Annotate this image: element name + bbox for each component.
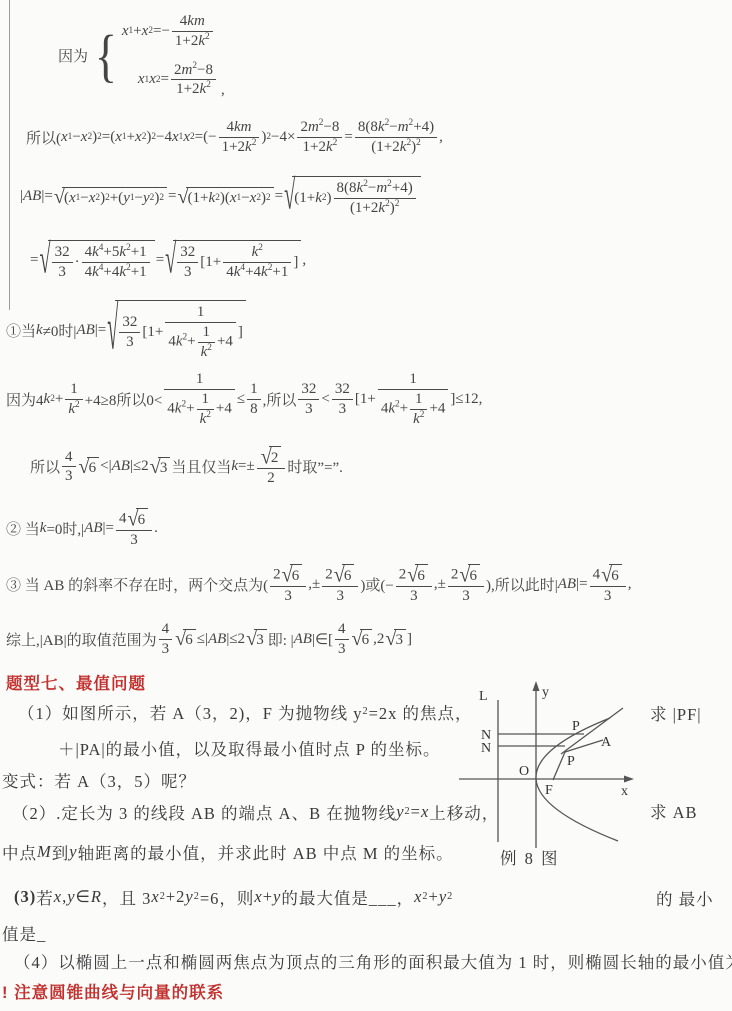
scan-edge-line — [9, 0, 10, 310]
formula-line-3: |AB|=√(x1−x2)2+(y1−y2)2=√(1+k2)(x1−x2)2=… — [20, 176, 422, 218]
label-O: O — [519, 764, 529, 779]
label-x: x — [621, 784, 628, 799]
problem-3-wrap: 的 最小 — [656, 886, 714, 910]
x-axis-arrow — [624, 776, 634, 783]
line-through-P — [561, 708, 623, 754]
label-P-upper: P — [572, 719, 580, 734]
label-L: L — [479, 689, 488, 704]
note-heading: ! 注意圆锥曲线与向量的联系 — [2, 979, 224, 1003]
problem-3-line-2: 值是_ — [2, 921, 46, 945]
formula-line-4: =√323·4k4+5k2+14k4+4k2+1=√323[1+k24k4+4k… — [30, 240, 306, 282]
problem-2-line-1: （2）.定长为 3 的线段 AB 的端点 A、B 在抛物线 y2 = x 上移动… — [12, 800, 499, 824]
label-y: y — [542, 685, 549, 700]
label-N-lower: N — [481, 741, 491, 756]
example-figure: L y x N N O F P P A — [453, 680, 643, 850]
ask-ab-note: 求 AB — [650, 799, 698, 823]
label-A: A — [601, 735, 612, 750]
label-P-lower: P — [567, 754, 575, 769]
page: 因为{x1+x2=−4km1+2k2x1x2=2m2−81+2k2, 所以(x1… — [0, 0, 732, 1011]
problem-1-line-1: （1）如图所示，若 A（3，2)，F 为抛物线 y2=2x 的焦点， — [18, 700, 473, 724]
formula-line-6: 因为4k2+1k2+4≥8所以0<14k2+1k2+4≤18,所以323<323… — [6, 370, 482, 428]
segment-P-F — [553, 752, 565, 780]
problem-2-line-2: 中点 M 到 y 轴距离的最小值，并求此时 AB 中点 M 的坐标。 — [2, 840, 454, 864]
y-axis-arrow — [533, 681, 540, 691]
figure-caption: 例 8 图 — [500, 845, 560, 869]
formula-line-8: ② 当k=0时,|AB|=4√63. — [6, 508, 158, 550]
formula-line-9: ③ 当 AB 的斜率不存在时，两个交点为(2√63,±2√63)或(−2√63,… — [6, 564, 631, 606]
label-F: F — [545, 783, 553, 798]
variant-line: 变式：若 A（3，5）呢？ — [2, 768, 196, 792]
problem-3-line-1: (3)若 x, y ∈ R，且 3x2+2y2=6，则 x+y 的最大值是___… — [14, 885, 453, 909]
formula-line-10: 综上,|AB|的取值范围为43√6≤|AB|≤2√3即: |AB|∈[43√6,… — [6, 620, 412, 659]
formula-line-7: 所以43√6<|AB|≤2√3当且仅当k=±√22时取”=”. — [30, 446, 343, 488]
formula-line-1: 因为{x1+x2=−4km1+2k2x1x2=2m2−81+2k2, — [58, 12, 225, 99]
section-heading: 题型七、最值问题 — [6, 670, 146, 694]
formula-line-5: ①当k≠0时|AB|=√323[1+14k2+1k2+4] — [6, 300, 247, 361]
ask-pf-note: 求 |PF| — [650, 701, 702, 725]
formula-line-2: 所以(x1−x2)2=(x1+x2)2−4x1x2=(−4km1+2k2)2−4… — [26, 118, 443, 157]
problem-1-line-2: ＋|PA|的最小值，以及取得最小值时点 P 的坐标。 — [58, 736, 441, 760]
problem-4-line: （4）以椭圆上一点和椭圆两焦点为顶点的三角形的面积最大值为 1 时，则椭圆长轴的… — [14, 949, 732, 973]
